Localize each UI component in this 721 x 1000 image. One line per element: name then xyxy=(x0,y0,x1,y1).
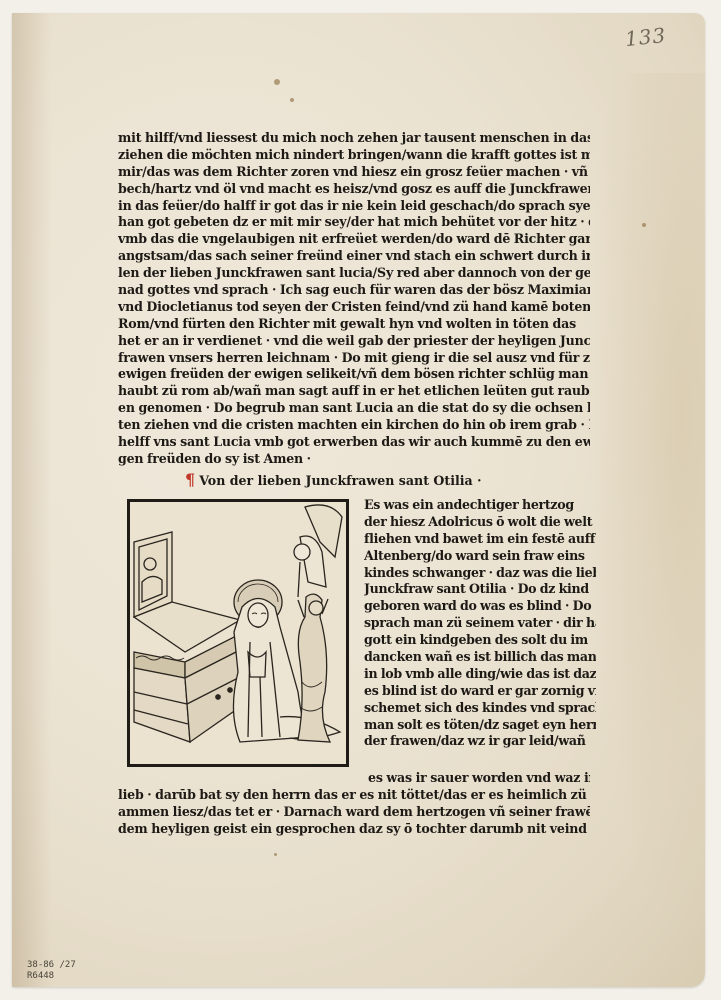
text-line: dem heyligen geist ein gesprochen daz sy… xyxy=(118,821,590,838)
foxing-spot xyxy=(274,79,280,85)
woodcut-illustration xyxy=(127,499,349,767)
foxing-spot xyxy=(642,223,646,227)
text-line: geboren ward do was es blind · Do xyxy=(364,598,596,615)
edge-stain xyxy=(12,13,52,987)
foxing-spot xyxy=(274,853,277,856)
text-line: mir/das was dem Richter zoren vnd hiesz … xyxy=(118,164,590,181)
bottom-text-block: es was ir sauer worden vnd waz ir lieb ·… xyxy=(118,770,590,838)
text-line: in lob vmb alle ding/wie das ist daz xyxy=(364,666,596,683)
text-line: het er an ir verdienet · vnd die weil ga… xyxy=(118,333,590,350)
text-line: Junckfraw sant Otilia · Do dz kind xyxy=(364,581,596,598)
text-line: man solt es töten/dz saget eyn herr xyxy=(364,717,596,734)
accession-line: R6448 xyxy=(27,971,76,982)
text-line: helff vns sant Lucia vmb got erwerben da… xyxy=(118,434,590,451)
text-line: fliehen vnd bawet im ein festē auff xyxy=(364,531,596,548)
main-text-block: mit hilff/vnd liessest du mich noch zehe… xyxy=(118,130,590,468)
text-line: en genomen · Do begrub man sant Lucia an… xyxy=(118,400,590,417)
text-line: kindes schwanger · daz was die lieb xyxy=(364,565,596,582)
text-line: bech/hartz vnd öl vnd macht es heisz/vnd… xyxy=(118,181,590,198)
text-line: ziehen die möchten mich nindert bringen/… xyxy=(118,147,590,164)
text-line: Rom/vnd fürten den Richter mit gewalt hy… xyxy=(118,316,590,333)
folio-number: 133 xyxy=(624,23,667,51)
text-line: dancken wañ es ist billich das man xyxy=(364,649,596,666)
accession-number: 38-86 /27 R6448 xyxy=(27,960,76,982)
text-line: Altenberg/do ward sein fraw eins xyxy=(364,548,596,565)
text-line: der hiesz Adolricus ō wolt die welt xyxy=(364,514,596,531)
text-line: len der lieben Junckfrawen sant lucia/Sy… xyxy=(118,265,590,282)
accession-line: 38-86 /27 xyxy=(27,960,76,971)
text-line: nad gottes vnd sprach · Ich sag euch für… xyxy=(118,282,590,299)
foxing-spot xyxy=(290,98,294,102)
text-line: es was ir sauer worden vnd waz ir xyxy=(118,770,590,787)
text-line: gott ein kindgeben des solt du im xyxy=(364,632,596,649)
side-text-block: Es was ein andechtiger hertzog der hiesz… xyxy=(364,497,596,750)
text-line: ten ziehen vnd die cristen machten ein k… xyxy=(118,417,590,434)
text-line: han got gebeten dz er mit mir sey/der ha… xyxy=(118,214,590,231)
text-line: ammen liesz/das tet er · Darnach ward de… xyxy=(118,804,590,821)
text-line: vnd Diocletianus tod seyen der Cristen f… xyxy=(118,299,590,316)
text-line: frawen vnsers herren leichnam · Do mit g… xyxy=(118,350,590,367)
saint-odile-woodcut-icon xyxy=(130,502,346,764)
text-line: schemet sich des kindes vnd sprach xyxy=(364,700,596,717)
text-line: haubt zü rom ab/wañ man sagt auff in er … xyxy=(118,383,590,400)
text-line: gen freüden do sy ist Amen · xyxy=(118,451,590,468)
text-line: ewigen freüden der ewigen selikeit/vñ de… xyxy=(118,366,590,383)
section-heading: ¶Von der lieben Junckfrawen sant Otilia … xyxy=(185,470,481,489)
text-line: der frawen/daz wz ir gar leid/wañ xyxy=(364,733,596,750)
text-line: sprach man zü seinem vater · dir hat xyxy=(364,615,596,632)
text-line: Es was ein andechtiger hertzog xyxy=(364,497,596,514)
text-line: lieb · darūb bat sy den herrn das er es … xyxy=(118,787,590,804)
water-stain xyxy=(585,73,705,933)
paragraph-mark-icon: ¶ xyxy=(185,470,195,489)
text-line: vmb das die vngelaubigen nit erfreüet we… xyxy=(118,231,590,248)
text-line: in das feüer/do halff ir got das ir nie … xyxy=(118,198,590,215)
text-line: angstsam/das sach seiner freünd einer vn… xyxy=(118,248,590,265)
text-line: es blind ist do ward er gar zornig vñ xyxy=(364,683,596,700)
section-heading-text: Von der lieben Junckfrawen sant Otilia · xyxy=(199,473,481,488)
text-line: mit hilff/vnd liessest du mich noch zehe… xyxy=(118,130,590,147)
